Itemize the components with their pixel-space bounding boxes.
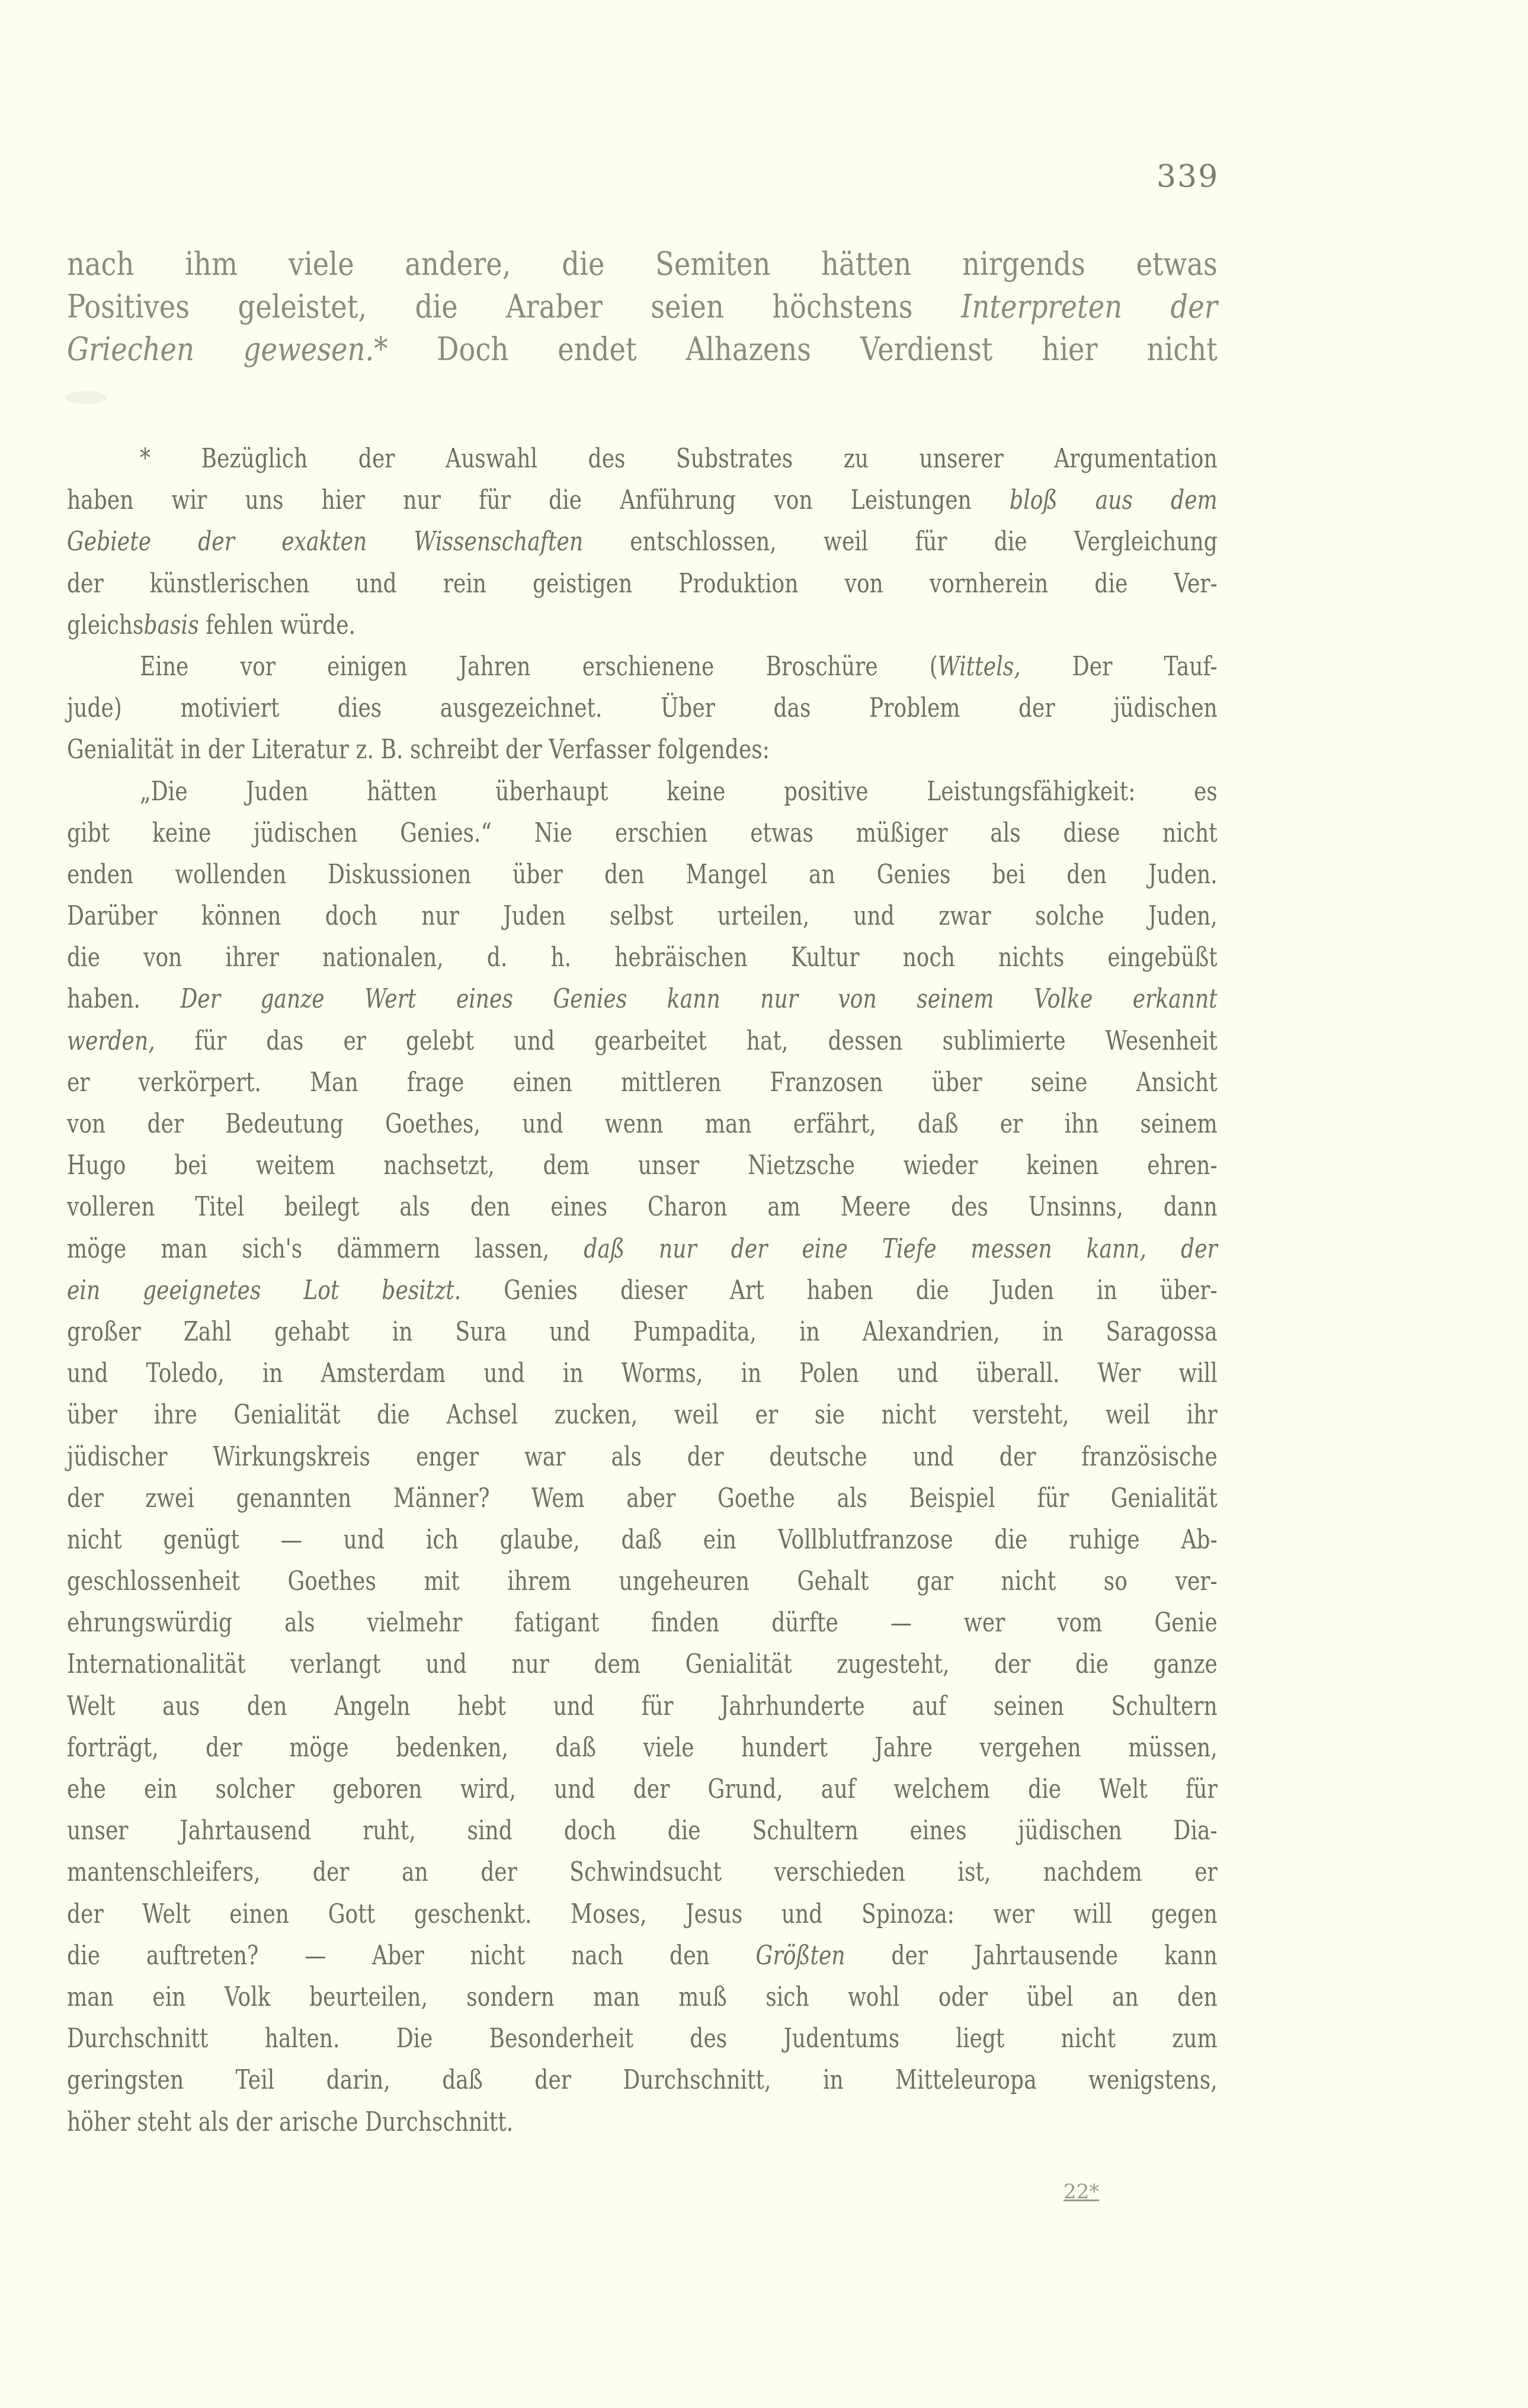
footnote-block: * Bezüglich der Auswahl des Substrates z… — [67, 438, 1218, 2143]
text-line: die auftreten? — Aber nicht nach den Grö… — [67, 1935, 1218, 1977]
italic-span: Wittels, — [938, 652, 1021, 682]
text-span: enden wollenden Diskussionen über den Ma… — [67, 860, 1218, 890]
text-line: volleren Titel beilegt als den eines Cha… — [67, 1187, 1218, 1228]
text-span: Welt aus den Angeln hebt und für Jahrhun… — [67, 1691, 1218, 1721]
text-line: man ein Volk beurteilen, sondern man muß… — [67, 1977, 1218, 2018]
text-line: Internationalität verlangt und nur dem G… — [67, 1644, 1218, 1685]
text-line: Darüber können doch nur Juden selbst urt… — [67, 896, 1218, 937]
text-span: von der Bedeutung Goethes, und wenn man … — [67, 1109, 1218, 1139]
text-span: * Doch endet Alhazens Verdienst hier nic… — [374, 331, 1218, 368]
text-span: möge man sich's dämmern lassen, — [67, 1234, 584, 1264]
italic-span: Interpreten der — [961, 288, 1218, 325]
text-line: er verkörpert. Man frage einen mittleren… — [67, 1062, 1218, 1104]
text-line: die von ihrer nationalen, d. h. hebräisc… — [67, 937, 1218, 979]
text-span: er verkörpert. Man frage einen mittleren… — [67, 1067, 1218, 1098]
italic-span: Griechen gewesen. — [67, 331, 374, 368]
text-span: der künstlerischen und rein geistigen Pr… — [67, 569, 1218, 599]
text-line: * Bezüglich der Auswahl des Substrates z… — [67, 438, 1218, 480]
text-span: gleichs — [67, 610, 143, 640]
text-span: ehe ein solcher geboren wird, und der Gr… — [67, 1774, 1218, 1804]
text-line: der künstlerischen und rein geistigen Pr… — [67, 563, 1218, 605]
text-line: Eine vor einigen Jahren erschienene Bros… — [67, 646, 1218, 688]
text-line: der Welt einen Gott geschenkt. Moses, Je… — [67, 1894, 1218, 1935]
main-text-block: nach ihm viele andere, die Semiten hätte… — [67, 243, 1218, 371]
text-span: höher steht als der arische Durchschnitt… — [67, 2107, 513, 2137]
text-line: werden, für das er gelebt und gearbeitet… — [67, 1021, 1218, 1062]
text-span: mantenschleifers, der an der Schwindsuch… — [67, 1857, 1218, 1887]
text-line: von der Bedeutung Goethes, und wenn man … — [67, 1104, 1218, 1145]
text-line: großer Zahl gehabt in Sura und Pumpadita… — [67, 1312, 1218, 1353]
text-span: jüdischer Wirkungskreis enger war als de… — [67, 1442, 1218, 1472]
text-line: höher steht als der arische Durchschnitt… — [67, 2102, 1218, 2143]
text-span: haben wir uns hier nur für die Anführung… — [67, 485, 1010, 515]
text-span: gibt keine jüdischen Genies.“ Nie erschi… — [67, 818, 1218, 848]
text-line: ein geeignetes Lot besitzt. Genies diese… — [67, 1270, 1218, 1312]
text-line: geringsten Teil darin, daß der Durchschn… — [67, 2060, 1218, 2101]
text-span: Darüber können doch nur Juden selbst urt… — [67, 901, 1218, 931]
text-span: jude) motiviert dies ausgezeichnet. Über… — [67, 693, 1218, 723]
text-span: volleren Titel beilegt als den eines Cha… — [67, 1192, 1218, 1222]
text-line: nach ihm viele andere, die Semiten hätte… — [67, 243, 1218, 286]
text-line: ehe ein solcher geboren wird, und der Gr… — [67, 1769, 1218, 1810]
text-span: nach ihm viele andere, die Semiten hätte… — [67, 245, 1218, 283]
italic-span: Gebiete der exakten Wissenschaften — [67, 527, 583, 557]
ink-blot — [65, 391, 107, 404]
text-span: Eine vor einigen Jahren erschienene Bros… — [140, 652, 938, 682]
text-line: haben wir uns hier nur für die Anführung… — [67, 480, 1218, 521]
text-span: die auftreten? — Aber nicht nach den — [67, 1941, 756, 1971]
text-span: Hugo bei weitem nachsetzt, dem unser Nie… — [67, 1150, 1218, 1181]
text-span: * Bezüglich der Auswahl des Substrates z… — [140, 444, 1218, 474]
text-span: der zwei genannten Männer? Wem aber Goet… — [67, 1483, 1218, 1514]
italic-span: daß nur der eine Tiefe messen kann, der — [584, 1234, 1217, 1264]
signature-mark: 22* — [1063, 2180, 1099, 2204]
text-line: haben. Der ganze Wert eines Genies kann … — [67, 979, 1218, 1020]
text-line: gleichsbasis fehlen würde. — [67, 605, 1218, 646]
text-line: ehrungswürdig als vielmehr fatigant find… — [67, 1602, 1218, 1644]
text-line: jude) motiviert dies ausgezeichnet. Über… — [67, 688, 1218, 729]
text-line: gibt keine jüdischen Genies.“ Nie erschi… — [67, 813, 1218, 854]
text-line: Griechen gewesen.* Doch endet Alhazens V… — [67, 328, 1218, 371]
text-span: Durchschnitt halten. Die Besonderheit de… — [67, 2024, 1218, 2054]
text-span: Internationalität verlangt und nur dem G… — [67, 1649, 1218, 1679]
italic-span: Größten — [756, 1941, 845, 1971]
footnote-paragraph: * Bezüglich der Auswahl des Substrates z… — [67, 438, 1218, 646]
text-span: forträgt, der möge bedenken, daß viele h… — [67, 1733, 1218, 1763]
text-span: man ein Volk beurteilen, sondern man muß… — [67, 1982, 1218, 2012]
text-span: haben. — [67, 984, 180, 1014]
italic-span: werden, — [67, 1026, 155, 1056]
text-line: geschlossenheit Goethes mit ihrem ungehe… — [67, 1561, 1218, 1602]
text-line: Durchschnitt halten. Die Besonderheit de… — [67, 2018, 1218, 2060]
text-span: „Die Juden hätten überhaupt keine positi… — [140, 777, 1218, 807]
text-span: die von ihrer nationalen, d. h. hebräisc… — [67, 942, 1218, 973]
text-line: und Toledo, in Amsterdam und in Worms, i… — [67, 1353, 1218, 1394]
text-span: großer Zahl gehabt in Sura und Pumpadita… — [67, 1317, 1218, 1347]
text-line: „Die Juden hätten überhaupt keine positi… — [67, 771, 1218, 813]
text-span: nicht genügt — und ich glaube, daß ein V… — [67, 1525, 1218, 1555]
footnote-paragraph: Eine vor einigen Jahren erschienene Bros… — [67, 646, 1218, 771]
text-line: nicht genügt — und ich glaube, daß ein V… — [67, 1519, 1218, 1561]
text-span: für das er gelebt und gearbeitet hat, de… — [155, 1026, 1218, 1056]
italic-span: basis — [143, 610, 198, 640]
text-span: und Toledo, in Amsterdam und in Worms, i… — [67, 1358, 1218, 1389]
text-span: Positives geleistet, die Araber seien hö… — [67, 288, 961, 325]
text-line: Genialität in der Literatur z. B. schrei… — [67, 729, 1218, 771]
text-line: jüdischer Wirkungskreis enger war als de… — [67, 1437, 1218, 1478]
text-span: über ihre Genialität die Achsel zucken, … — [67, 1400, 1218, 1430]
italic-span: bloß aus dem — [1010, 485, 1218, 515]
text-span: Der Tauf- — [1021, 652, 1218, 682]
text-line: forträgt, der möge bedenken, daß viele h… — [67, 1727, 1218, 1769]
text-span: entschlossen, weil für die Vergleichung — [583, 527, 1218, 557]
text-span: fehlen würde. — [199, 610, 355, 640]
italic-span: ein geeignetes Lot besitzt. — [67, 1275, 461, 1306]
text-line: der zwei genannten Männer? Wem aber Goet… — [67, 1478, 1218, 1519]
text-span: der Welt einen Gott geschenkt. Moses, Je… — [67, 1899, 1218, 1929]
text-line: unser Jahrtausend ruht, sind doch die Sc… — [67, 1810, 1218, 1852]
text-line: mantenschleifers, der an der Schwindsuch… — [67, 1852, 1218, 1893]
italic-span: Der ganze Wert eines Genies kann nur von… — [180, 984, 1217, 1014]
text-line: enden wollenden Diskussionen über den Ma… — [67, 854, 1218, 896]
text-span: ehrungswürdig als vielmehr fatigant find… — [67, 1608, 1218, 1638]
text-span: geschlossenheit Goethes mit ihrem ungehe… — [67, 1566, 1218, 1596]
text-line: möge man sich's dämmern lassen, daß nur … — [67, 1229, 1218, 1270]
text-span: unser Jahrtausend ruht, sind doch die Sc… — [67, 1816, 1218, 1846]
text-line: über ihre Genialität die Achsel zucken, … — [67, 1394, 1218, 1436]
text-line: Positives geleistet, die Araber seien hö… — [67, 286, 1218, 328]
text-span: der Jahrtausende kann — [845, 1941, 1218, 1971]
text-line: Welt aus den Angeln hebt und für Jahrhun… — [67, 1686, 1218, 1727]
text-span: Genialität in der Literatur z. B. schrei… — [67, 735, 770, 765]
page-number: 339 — [1157, 159, 1219, 194]
text-line: Hugo bei weitem nachsetzt, dem unser Nie… — [67, 1145, 1218, 1187]
text-line: Gebiete der exakten Wissenschaften entsc… — [67, 521, 1218, 563]
text-span: Genies dieser Art haben die Juden in übe… — [461, 1275, 1217, 1306]
footnote-paragraph: „Die Juden hätten überhaupt keine positi… — [67, 771, 1218, 2143]
text-span: geringsten Teil darin, daß der Durchschn… — [67, 2065, 1218, 2095]
